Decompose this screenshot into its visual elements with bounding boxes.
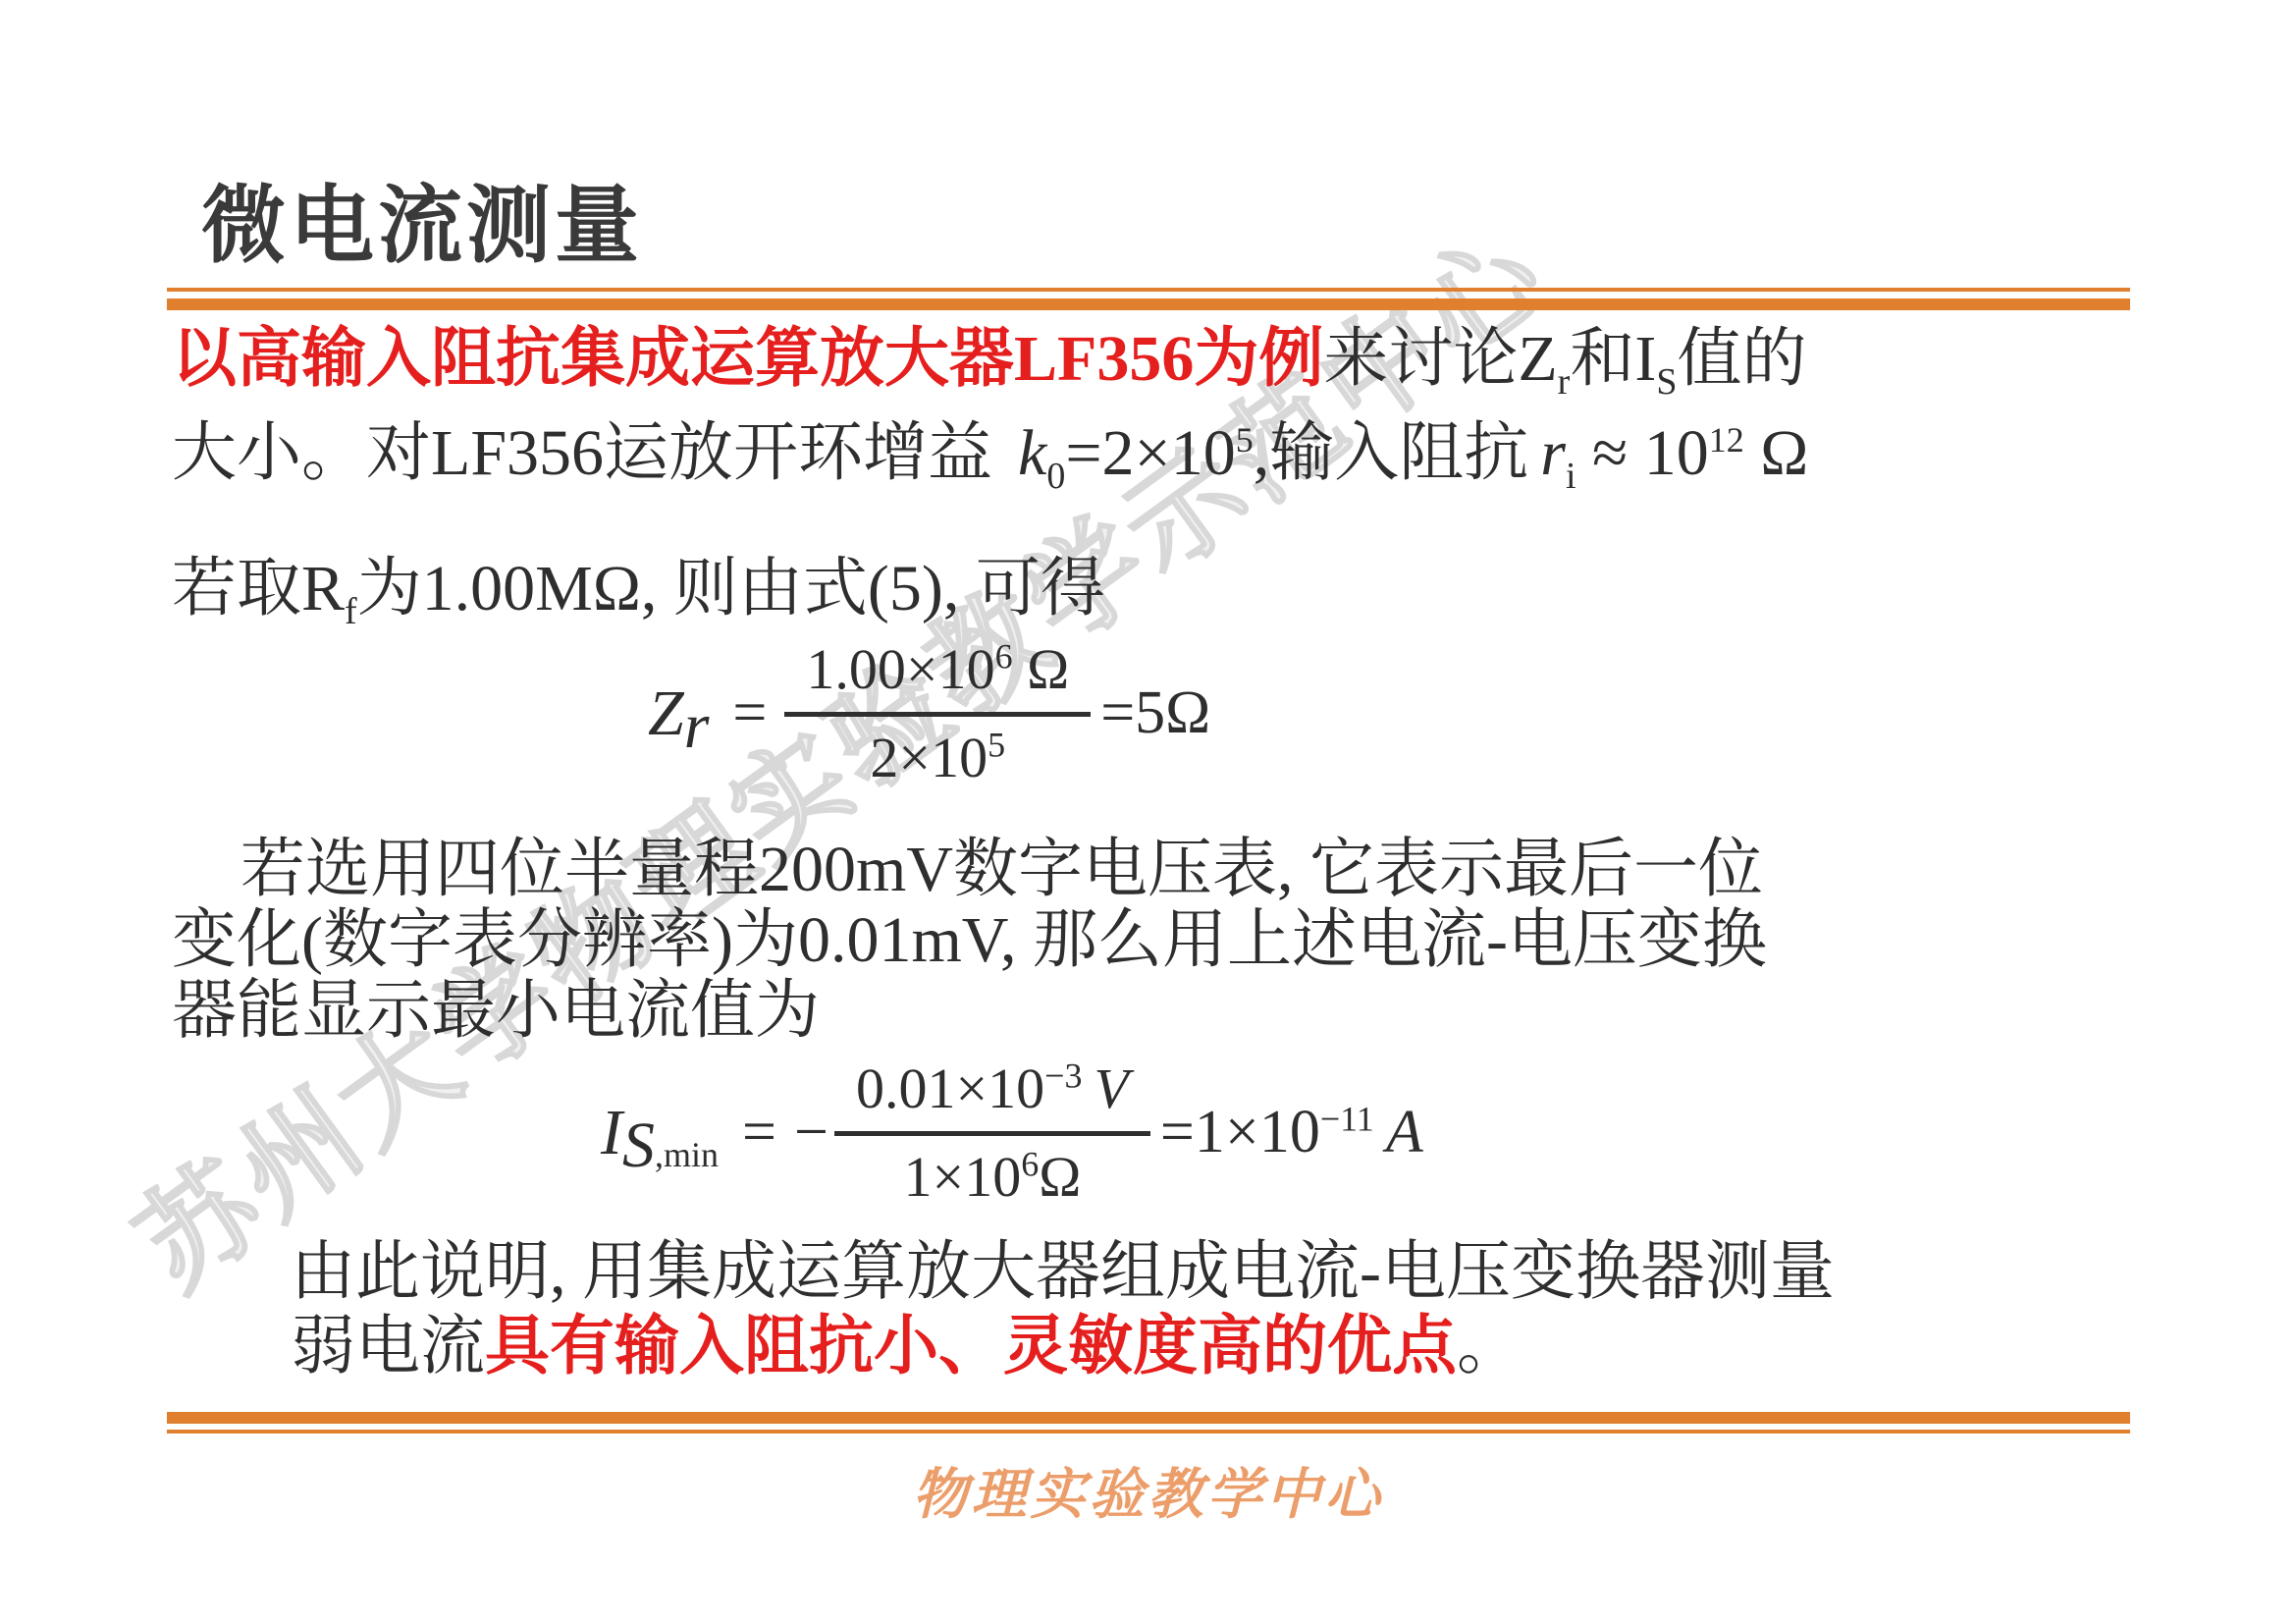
formula-zr-lhs: Zr [648,677,709,751]
formula-ismin-equals: = [742,1098,776,1167]
math-k-subscript: 0 [1046,456,1065,497]
formula-ismin-variable: I [601,1097,622,1168]
footer-center-name: 物理实验教学中心 [0,1451,2296,1530]
formula-ismin-sub-italic: S [622,1110,655,1181]
formula-zr-fraction: 1.00×106 Ω 2×105 [784,636,1091,790]
top-divider [167,288,2130,310]
intro-red-highlight: 以高输入阻抗集成运算放大器LF356为例 [172,323,1323,395]
math-r-exponent: 12 [1709,420,1744,460]
formula-zr-num-unit: Ω [1013,637,1070,701]
math-r-value: ≈ 10 [1576,417,1709,489]
formula-ismin-num-exponent: −3 [1044,1056,1082,1096]
conclusion-text-black: 弱电流 [291,1311,485,1382]
formula-zr-den-value: 2×10 [870,726,988,789]
formula-ismin-den-value: 1×10 [904,1145,1022,1209]
paragraph-rf: 若取Rf为1.00MΩ, 则由式(5), 可得 [172,550,1105,628]
formula-zr-numerator: 1.00×106 Ω [784,636,1091,717]
formula-zr-num-exponent: 6 [995,637,1013,677]
slide: 苏州大学物理实验教学示范中心 微电流测量 以高输入阻抗集成运算放大器LF356为… [0,0,2296,1624]
formula-ismin-denominator: 1×106Ω [834,1136,1150,1210]
math-k-value: =2×10 [1065,417,1235,489]
voltmeter-line-3: 器能显示最小电流值为 [172,976,2145,1047]
formula-ismin-sub-roman: ,min [655,1135,719,1174]
paragraph-intro: 以高输入阻抗集成运算放大器LF356为例来讨论Zr和IS值的 大小。对LF356… [172,312,2145,501]
formula-ismin-num-unit: V [1094,1056,1128,1120]
intro-text-c: 值的 [1677,323,1806,395]
formula-zr-den-exponent: 5 [988,726,1005,765]
paragraph-intro-line-2: 大小。对LF356运放开环增益k0=2×105,输入阻抗ri ≈ 1012 Ω [172,406,2145,501]
formula-ismin-result-unit: A [1386,1099,1423,1165]
formula-ismin-numerator: 0.01×10−3V [834,1056,1150,1136]
intro-text-e: ,输入阻抗 [1254,417,1529,489]
math-r-subscript: i [1566,456,1576,497]
conclusion-red-highlight: 具有输入阻抗小、灵敏度高的优点 [485,1311,1457,1382]
math-k-symbol: k [1018,417,1046,489]
formula-ismin-den-exponent: 6 [1021,1145,1039,1184]
paragraph-voltmeter: 若选用四位半量程200mV数字电压表, 它表示最后一位 变化(数字表分辨率)为0… [172,835,2145,1047]
math-r-unit: Ω [1744,417,1809,489]
formula-ismin: IS,min = − 0.01×10−3V 1×106Ω =1×10−11A [601,1056,1423,1210]
paragraph-rf-line: 若取Rf为1.00MΩ, 则由式(5), 可得 [172,550,1105,628]
rf-text-b: 为1.00MΩ, 则由式(5), 可得 [357,553,1105,624]
formula-zr-equals: = [732,678,767,748]
formula-zr-num-value: 1.00×10 [806,637,994,701]
formula-zr-variable: Z [648,677,684,749]
conclusion-line-1: 由此说明, 用集成运算放大器组成电流-电压变换器测量 [291,1235,2205,1310]
formula-ismin-result: =1×10−11A [1160,1098,1423,1167]
paragraph-intro-line-1: 以高输入阻抗集成运算放大器LF356为例来讨论Zr和IS值的 [172,312,2145,406]
formula-zr-denominator: 2×105 [784,717,1091,790]
slide-title: 微电流测量 [201,157,643,279]
conclusion-period: 。 [1457,1311,1522,1382]
intro-sub-s: S [1656,361,1677,403]
conclusion-line-2: 弱电流具有输入阻抗小、灵敏度高的优点。 [291,1310,2205,1384]
voltmeter-line-1: 若选用四位半量程200mV数字电压表, 它表示最后一位 [172,835,2145,905]
intro-text-d: 大小。对LF356运放开环增益 [172,417,992,489]
intro-sub-r: r [1558,361,1571,403]
paragraph-conclusion: 由此说明, 用集成运算放大器组成电流-电压变换器测量 弱电流具有输入阻抗小、灵敏… [291,1235,2205,1384]
formula-zr-variable-sub: r [684,716,710,755]
bottom-divider-thin-line [167,1430,2130,1434]
formula-ismin-num-value: 0.01×10 [856,1056,1044,1120]
voltmeter-line-2: 变化(数字表分辨率)为0.01mV, 那么用上述电流-电压变换 [172,905,2145,976]
formula-zr: Zr = 1.00×106 Ω 2×105 =5Ω [648,636,1210,790]
rf-text-a: 若取R [172,553,345,624]
top-divider-thin-line [167,288,2130,292]
intro-text-b: 和I [1570,323,1656,395]
formula-ismin-lhs: IS,min [601,1096,719,1170]
intro-text-a: 来讨论Z [1323,323,1557,395]
formula-ismin-variable-sub: S,min [622,1135,719,1174]
formula-ismin-den-unit: Ω [1039,1145,1081,1209]
math-r-symbol: r [1540,417,1566,489]
formula-zr-variable-sub-text: r [684,690,710,762]
formula-ismin-result-value: =1×10 [1160,1099,1320,1165]
bottom-divider-thick-line [167,1412,2130,1424]
formula-ismin-result-exponent: −11 [1320,1099,1374,1138]
formula-ismin-minus-sign: − [794,1098,828,1167]
formula-ismin-fraction: 0.01×10−3V 1×106Ω [834,1056,1150,1210]
formula-zr-result: =5Ω [1100,678,1210,748]
bottom-divider [167,1412,2130,1434]
rf-subscript: f [345,591,357,632]
top-divider-thick-line [167,298,2130,310]
math-k-exponent: 5 [1236,420,1254,460]
